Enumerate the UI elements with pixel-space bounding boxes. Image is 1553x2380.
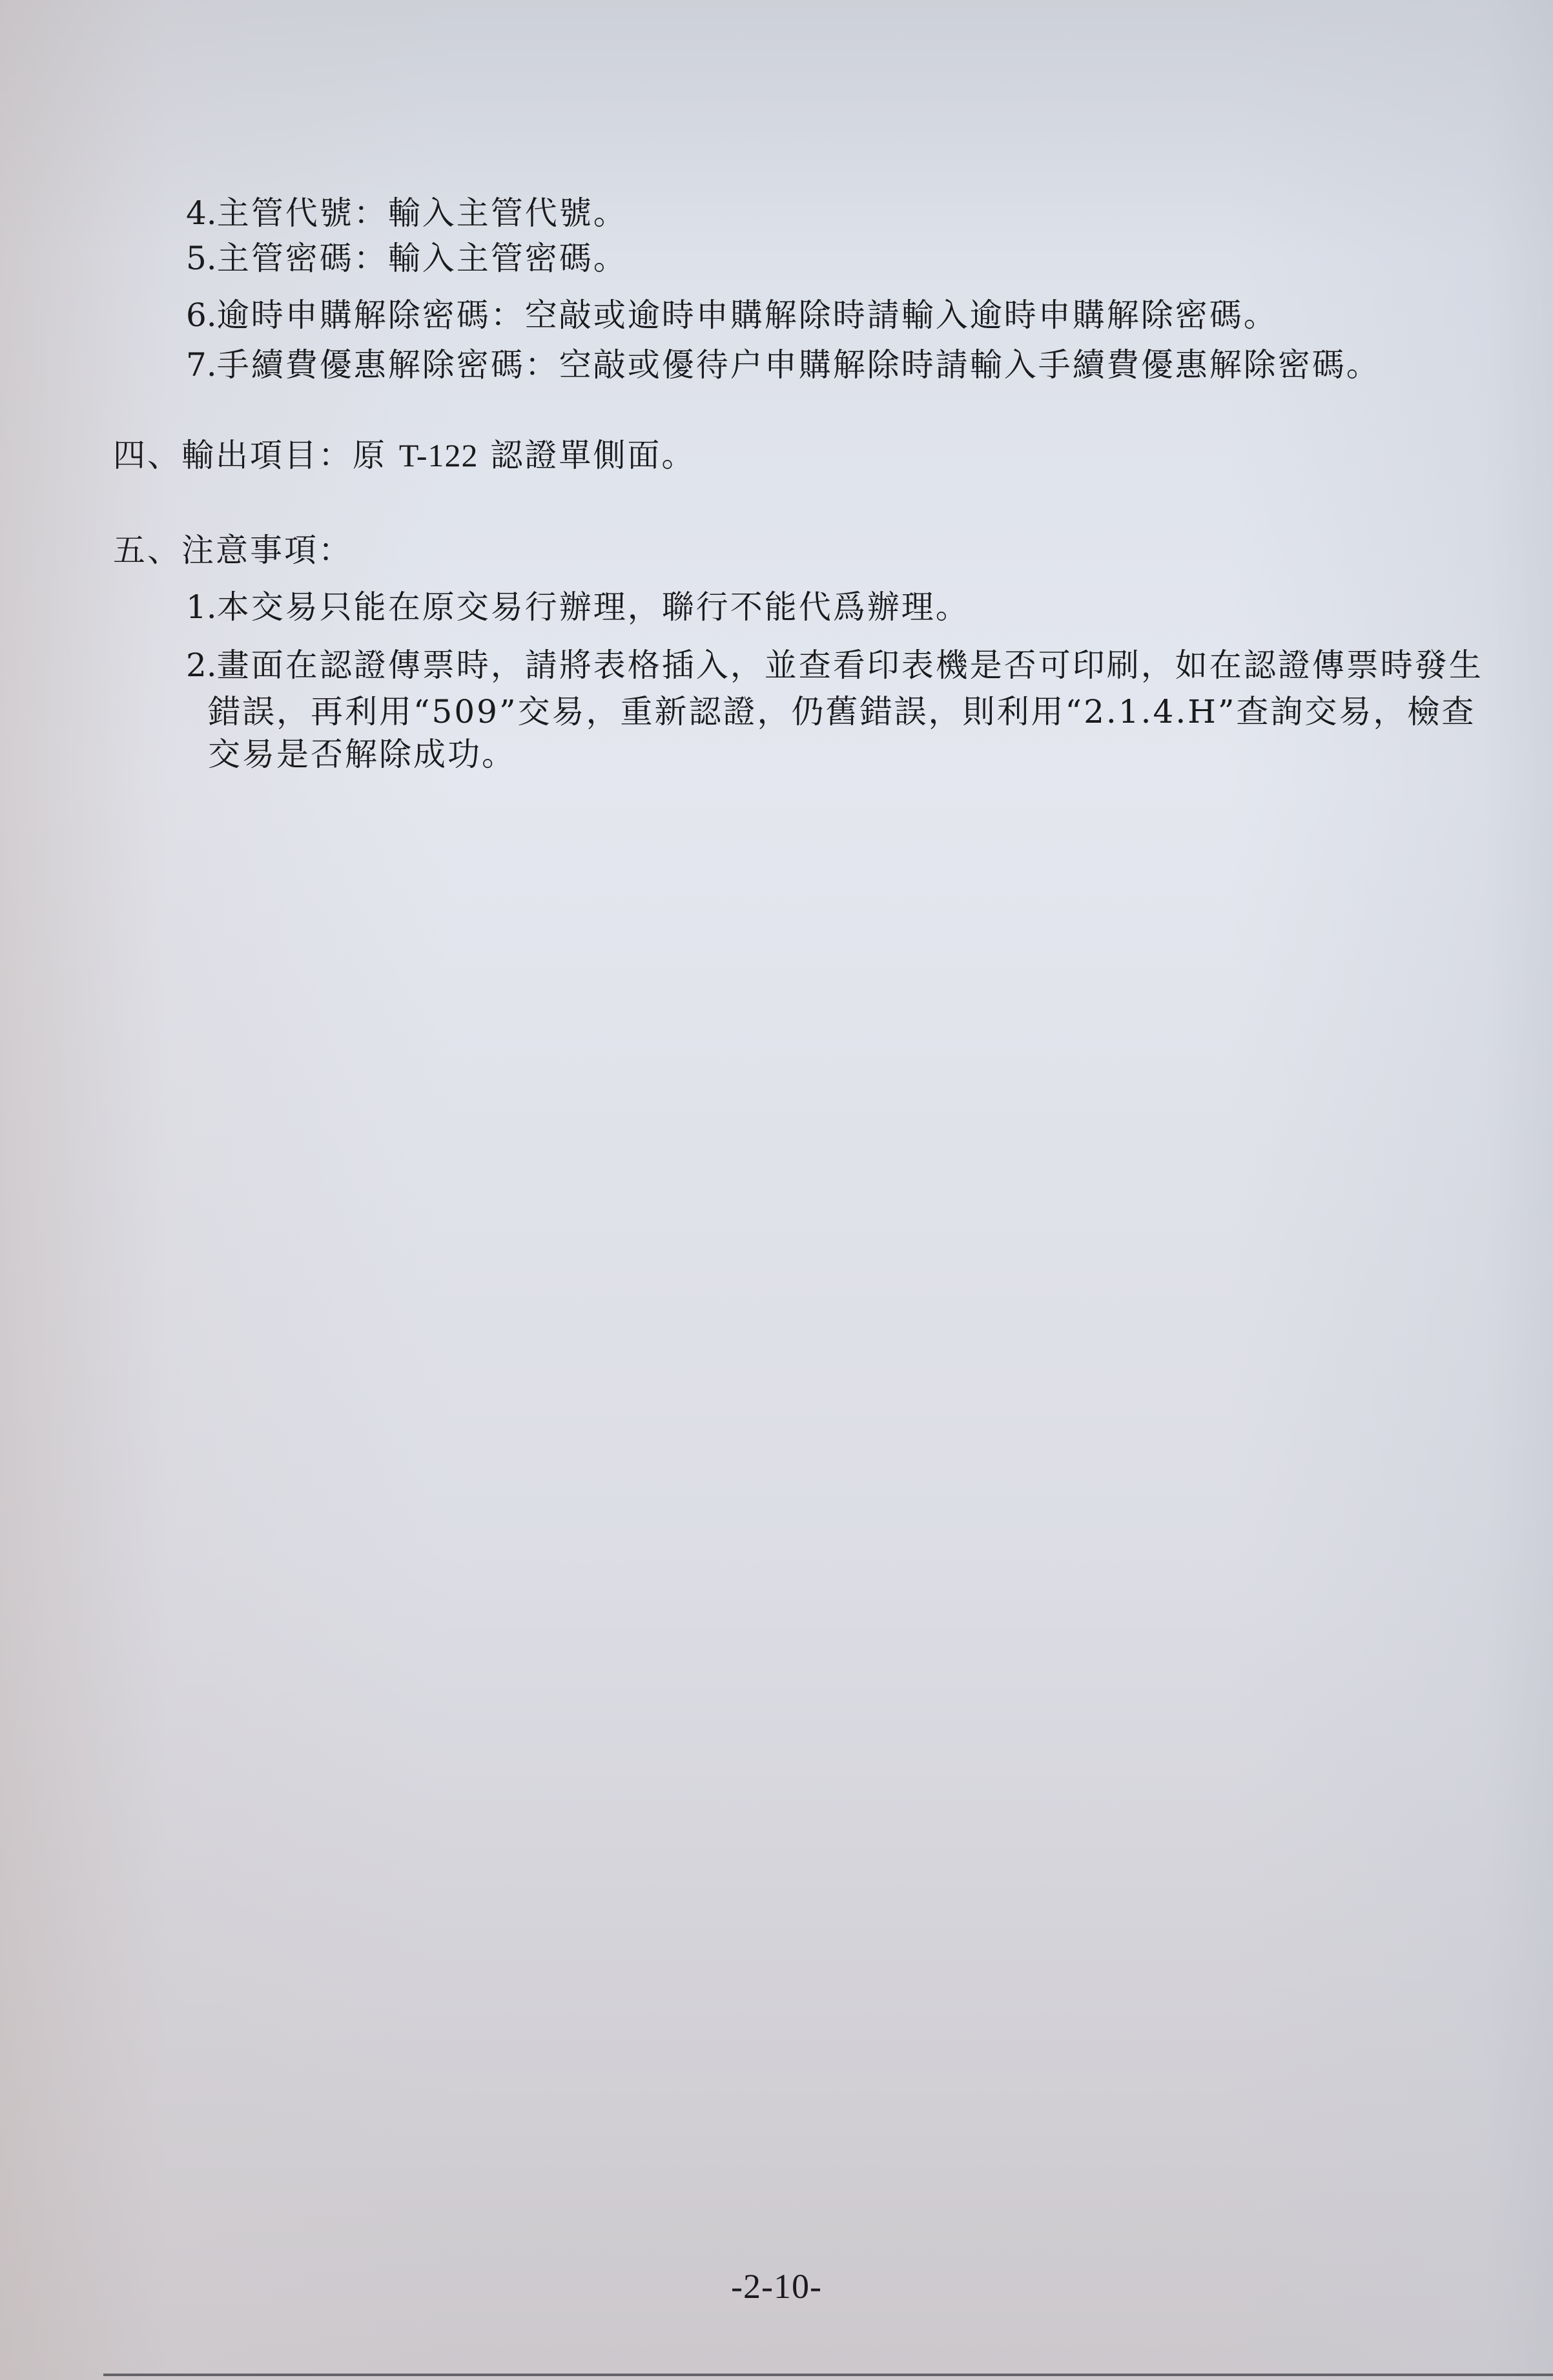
- item-description: 輸入主管代號。: [388, 194, 628, 232]
- input-item-overdue-purchase-unlock-password: 6.逾時申購解除密碼：空敲或逾時申購解除時請輸入逾時申購解除密碼。: [186, 296, 1278, 335]
- section-heading: 四、輸出項目：: [113, 437, 353, 474]
- input-item-fee-discount-unlock-password: 7.手續費優惠解除密碼：空敲或優待户申購解除時請輸入手續費優惠解除密碼。: [186, 346, 1381, 384]
- item-number: 5.: [186, 240, 217, 277]
- section-notes-heading: 五、注意事項：: [113, 531, 353, 570]
- note-1: 1.本交易只能在原交易行辦理，聯行不能代爲辦理。: [186, 588, 970, 626]
- note-text: 畫面在認證傳票時，請將表格插入，並查看印表機是否可印刷，如在認證傳票時發生: [217, 647, 1483, 684]
- item-label: 主管代號: [217, 194, 354, 232]
- note-number: 1.: [186, 588, 217, 626]
- input-item-supervisor-code: 4.主管代號：輸入主管代號。: [186, 194, 628, 233]
- input-item-supervisor-password: 5.主管密碼：輸入主管密碼。: [186, 239, 628, 278]
- note-number: 2.: [186, 647, 217, 684]
- item-number: 7.: [186, 346, 217, 384]
- item-number: 4.: [186, 194, 217, 232]
- item-description: 輸入主管密碼。: [388, 240, 628, 277]
- item-description: 空敲或優待户申購解除時請輸入手續費優惠解除密碼。: [559, 346, 1381, 384]
- item-label: 主管密碼: [217, 240, 354, 277]
- note-text: 本交易只能在原交易行辦理，聯行不能代爲辦理。: [217, 588, 970, 626]
- item-label: 逾時申購解除密碼: [217, 296, 491, 334]
- note-2-line-1: 2.畫面在認證傳票時，請將表格插入，並查看印表機是否可印刷，如在認證傳票時發生: [186, 646, 1483, 685]
- item-description: 空敲或逾時申購解除時請輸入逾時申購解除密碼。: [525, 296, 1278, 334]
- note-2-line-2: 錯誤，再利用“509”交易，重新認證，仍舊錯誤，則利用“2.1.4.H”查詢交易…: [208, 692, 1476, 731]
- note-2-line-3: 交易是否解除成功。: [208, 735, 516, 774]
- page-number: -2-10-: [0, 2267, 1553, 2306]
- item-number: 6.: [186, 296, 217, 334]
- section-output-items: 四、輸出項目：原 T-122 認證單側面。: [113, 436, 695, 475]
- form-code: T-122: [399, 437, 478, 473]
- page-edge-divider: [103, 2374, 1553, 2376]
- item-label: 手續費優惠解除密碼: [217, 346, 525, 384]
